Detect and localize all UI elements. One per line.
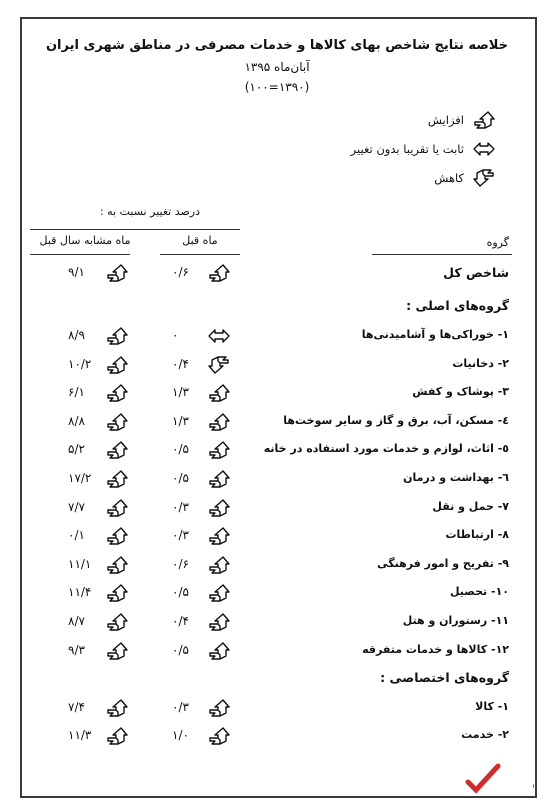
document-base-year: (۱۳۹۰=۱۰۰) [0,80,554,94]
change-value: ۰/۱ [68,528,112,542]
legend-item: افزایش [428,108,496,132]
change-value: ۱۷/۲ [68,471,112,485]
document-period: آبان‌ماه ۱۳۹۵ [0,60,554,74]
table-row-label: ۳- پوشاک و کفش [412,385,509,398]
legend-label: افزایش [428,113,464,127]
legend-label: کاهش [434,171,464,185]
table-row-label: ٤- مسکن، آب، برق و گاز و سایر سوخت‌ها [283,414,509,427]
col-group-underline [372,254,512,255]
change-value: ۱۱/۳ [68,728,112,742]
table-row-label: ۱۲- کالاها و خدمات متفرقه [362,643,509,656]
change-value: ۹/۳ [68,643,112,657]
change-value: ۱/۳ [172,414,216,428]
change-value: ۶/۱ [68,385,112,399]
change-value: ۰/۶ [172,265,216,279]
change-value: ۱۱/۱ [68,557,112,571]
change-value: ۱/۳ [172,385,216,399]
header-divider [30,229,240,230]
table-row-label: ۸- ارتباطات [445,528,509,541]
change-value: ۱۱/۴ [68,585,112,599]
change-value: ۷/۴ [68,700,112,714]
change-value: ۸/۸ [68,414,112,428]
change-value: ۰/۵ [172,643,216,657]
legend-item: ثابت یا تقریبا بدون تغییر [351,137,496,161]
table-row-label: ۱- کالا [475,700,509,713]
change-value: ۰/۶ [172,557,216,571]
col-group-header: گروه [487,236,509,249]
table-row-label: ۱۱- رستوران و هتل [403,614,509,627]
document-title: خلاصه نتایج شاخص بهای کالاها و خدمات مصر… [0,38,554,53]
change-value: ۸/۷ [68,614,112,628]
section-title: گروه‌های اختصاصی : [380,670,509,685]
col-prev-year-underline [30,254,130,255]
change-value: ۰/۴ [172,614,216,628]
col-prev-month-header: ماه قبل [165,234,235,247]
change-value: ۰/۳ [172,700,216,714]
change-value: ۰/۳ [172,528,216,542]
table-row-label: ۷- حمل و نقل [432,500,509,513]
table-row-label: ٥- اثاث، لوازم و خدمات مورد استفاده در خ… [264,442,509,455]
arrow-down-icon [472,168,496,188]
change-value: ۰/۳ [172,500,216,514]
publisher-logo: انتخاب [464,762,534,796]
table-row-label: شاخص کل [443,265,509,280]
change-value: ۱۰/۲ [68,357,112,371]
arrow-up-icon [472,110,496,130]
change-value: ۰/۵ [172,471,216,485]
svg-text:انتخاب: انتخاب [532,771,534,795]
table-row-label: ۲- دخانیات [452,357,509,370]
legend-label: ثابت یا تقریبا بدون تغییر [351,142,464,156]
table-row-label: ۹- تفریح و امور فرهنگی [377,557,509,570]
change-value: ۹/۱ [68,265,112,279]
change-value: ۵/۲ [68,442,112,456]
section-title: گروه‌های اصلی : [406,298,509,313]
change-value: ۱/۰ [172,728,216,742]
change-value: ۰ [172,328,216,342]
table-row-label: ٦- بهداشت و درمان [403,471,509,484]
col-prev-year-header: ماه مشابه سال قبل [30,234,140,247]
change-header: درصد تغییر نسبت به : [95,205,205,218]
legend-item: کاهش [434,166,496,190]
change-value: ۰/۴ [172,357,216,371]
change-value: ۸/۹ [68,328,112,342]
table-row-label: ۱- خوراکی‌ها و آشامیدنی‌ها [362,328,509,341]
change-value: ۰/۵ [172,585,216,599]
change-value: ۰/۵ [172,442,216,456]
table-row-label: ۲- خدمت [461,728,509,741]
col-prev-month-underline [160,254,240,255]
arrow-both-icon [472,139,496,159]
table-row-label: ۱۰- تحصیل [450,585,509,598]
change-value: ۷/۷ [68,500,112,514]
